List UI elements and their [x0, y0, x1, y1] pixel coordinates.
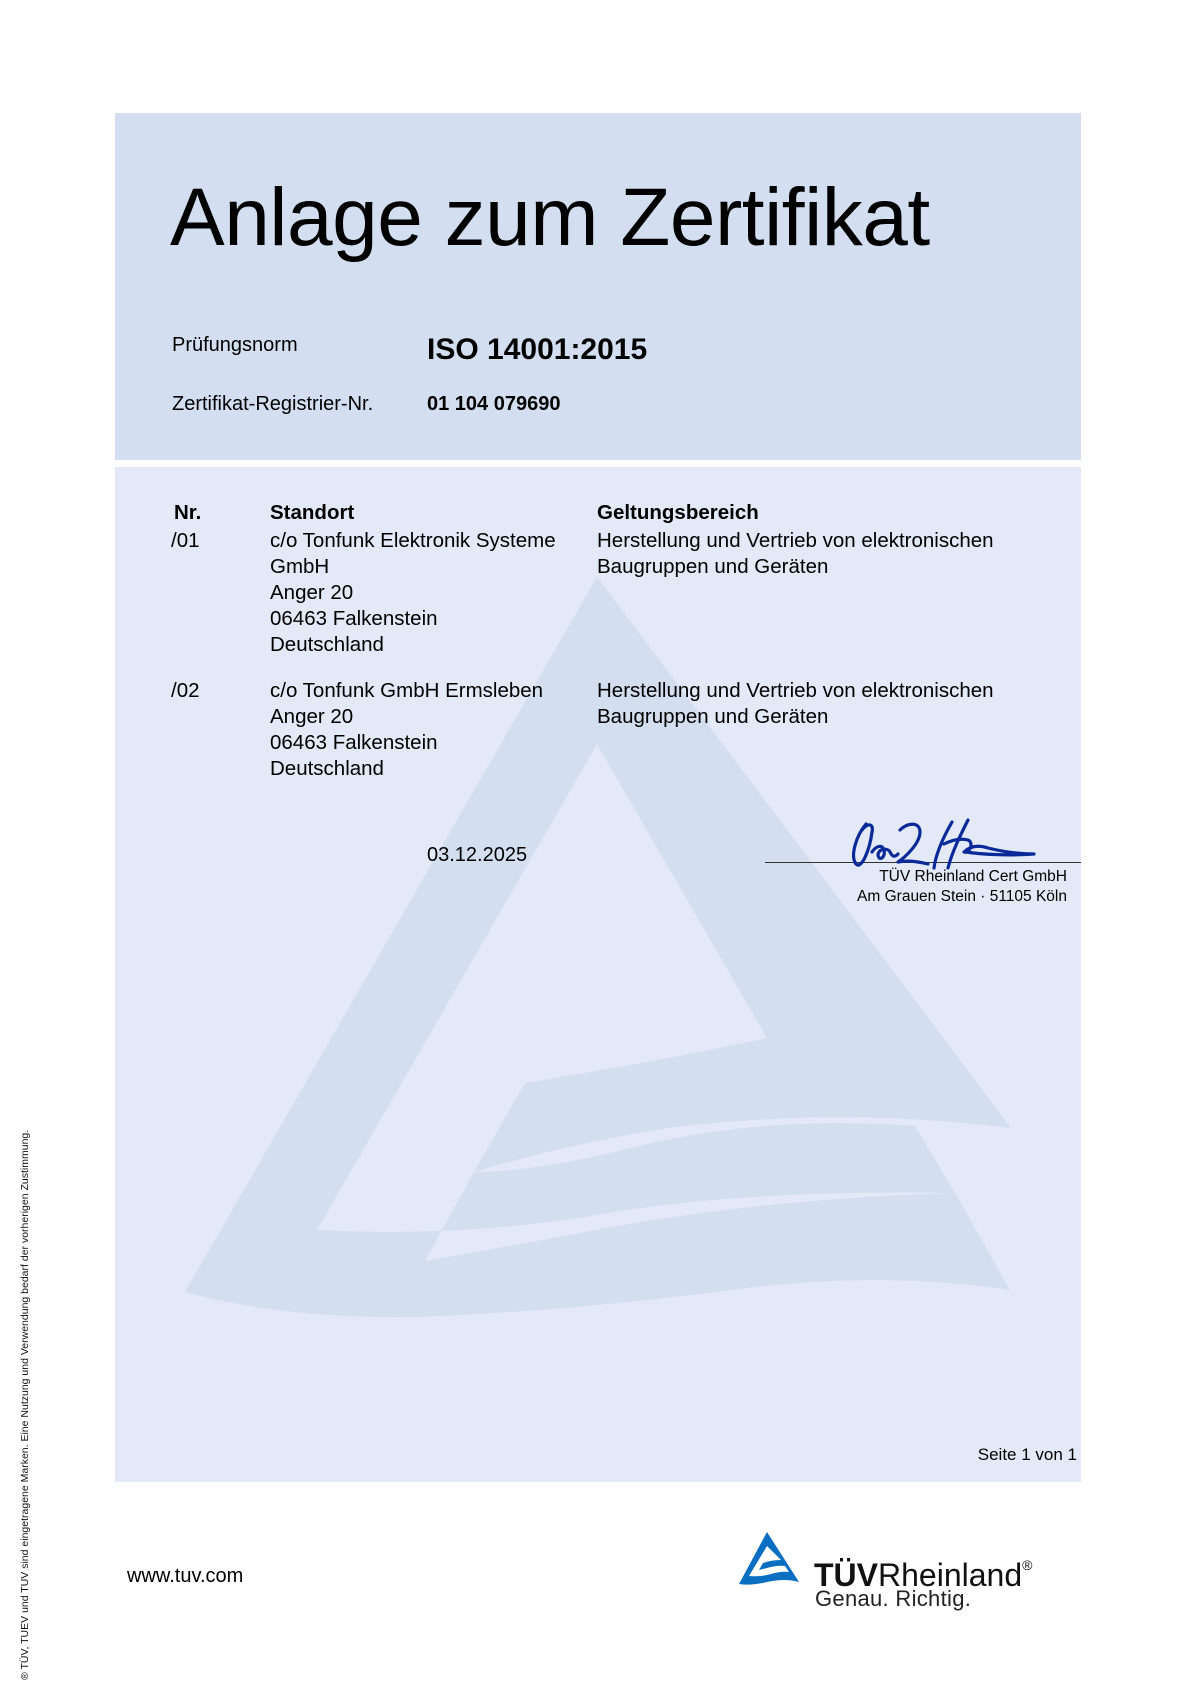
tuv-logo-triangle-icon: [737, 1530, 801, 1590]
column-header-nr: Nr.: [174, 501, 201, 525]
issuer-address: Am Grauen Stein · 51105 Köln: [857, 887, 1067, 906]
registration-label: Zertifikat-Registrier-Nr.: [172, 392, 373, 416]
page-indicator: Seite 1 von 1: [978, 1445, 1077, 1465]
issue-date: 03.12.2025: [427, 843, 527, 867]
logo-tagline: Genau. Richtig.: [815, 1586, 971, 1612]
row-1-location: c/o Tonfunk Elektronik Systeme GmbH Ange…: [270, 528, 556, 658]
trademark-notice: ® TÜV, TUEV und TUV sind eingetragene Ma…: [18, 1130, 32, 1680]
issuer-company: TÜV Rheinland Cert GmbH: [879, 867, 1067, 886]
column-header-standort: Standort: [270, 501, 354, 525]
row-1-scope: Herstellung und Vertrieb von elektronisc…: [597, 528, 994, 580]
row-2-scope: Herstellung und Vertrieb von elektronisc…: [597, 678, 994, 730]
row-2-nr: /02: [171, 678, 200, 704]
column-header-geltungsbereich: Geltungsbereich: [597, 501, 759, 525]
signature-icon: [848, 818, 1058, 874]
row-2-location: c/o Tonfunk GmbH Ermsleben Anger 20 0646…: [270, 678, 543, 782]
registration-number: 01 104 079690: [427, 392, 560, 416]
row-1-nr: /01: [171, 528, 200, 554]
standard-value: ISO 14001:2015: [427, 332, 647, 368]
certificate-body-panel: [115, 467, 1081, 1482]
standard-label: Prüfungsnorm: [172, 333, 298, 357]
website-link[interactable]: www.tuv.com: [127, 1564, 243, 1588]
registered-mark: ®: [1022, 1557, 1032, 1573]
page-title: Anlage zum Zertifikat: [170, 168, 930, 268]
tuv-triangle-watermark-icon: [115, 467, 1081, 1482]
